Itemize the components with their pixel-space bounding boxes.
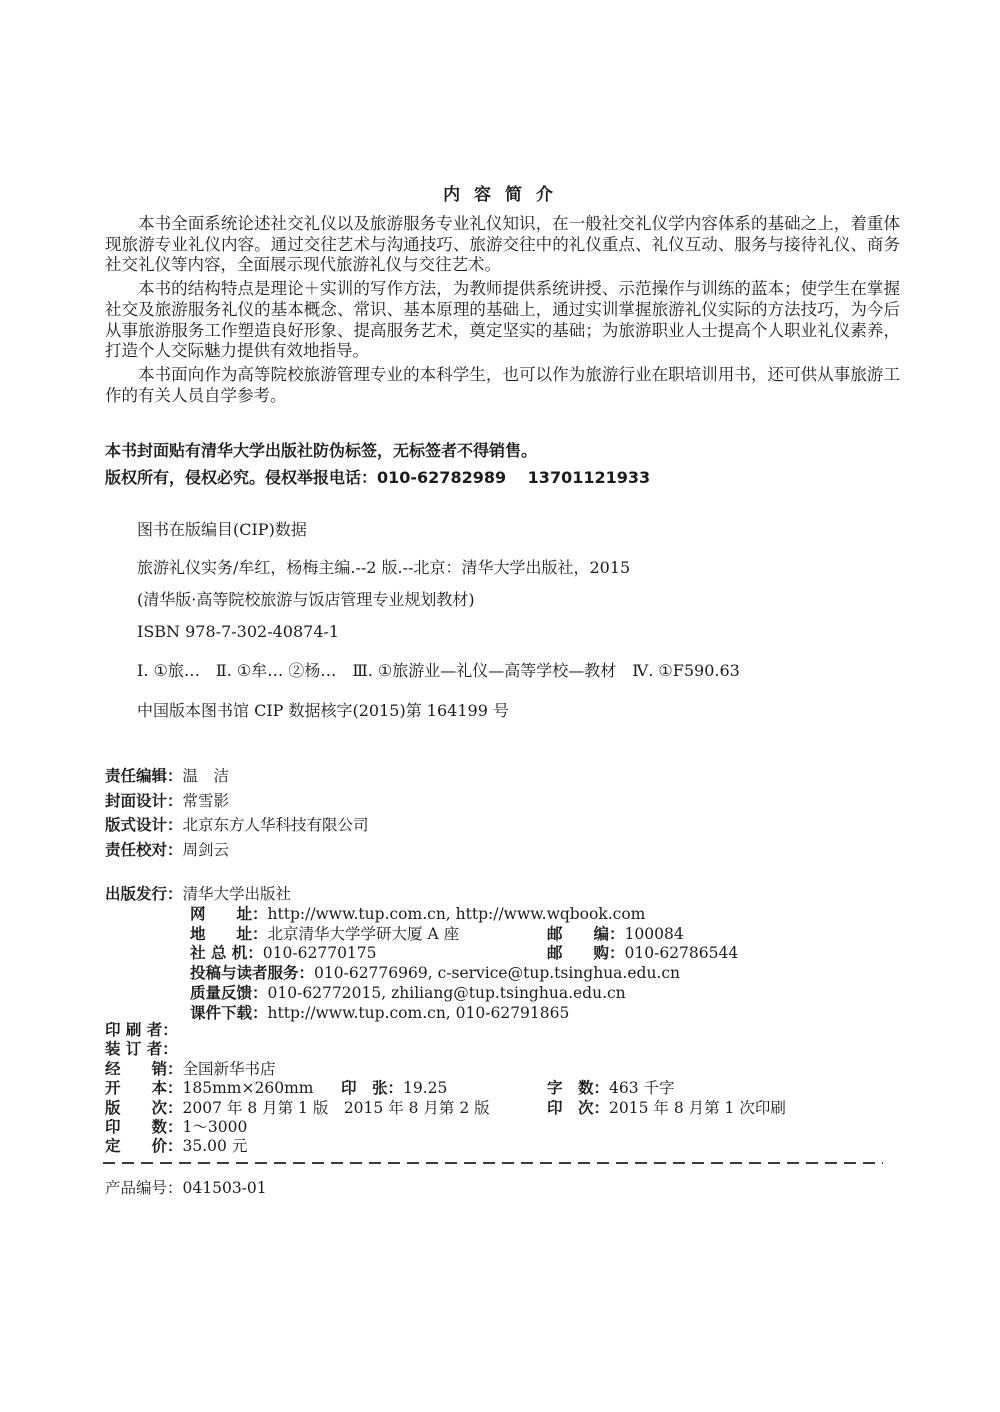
contact-label: 地 址： xyxy=(190,925,268,943)
staff-row: 版式设计：北京东方人华科技有限公司 xyxy=(105,813,369,838)
staff-row: 责任编辑：温 洁 xyxy=(105,764,369,789)
cip-header: 图书在版编目(CIP)数据 xyxy=(137,517,307,540)
printing-label: 定 价： xyxy=(105,1137,183,1155)
printing-value: 463 千字 xyxy=(609,1079,675,1097)
cip-series-line: (清华版·高等院校旅游与饭店管理专业规划教材) xyxy=(137,588,897,611)
printing-info-block: 印 刷 者： 装 订 者： 经 销：全国新华书店 开 本：185mm×260mm… xyxy=(105,1021,900,1157)
product-code-row: 产品编号：041503-01 xyxy=(105,1176,267,1198)
publisher-row: 地 址：北京清华大学学研大厦 A 座 邮 编：100084 xyxy=(190,925,900,945)
printing-row: 经 销：全国新华书店 xyxy=(105,1060,900,1079)
summary-paragraph: 本书的结构特点是理论＋实训的写作方法，为教师提供系统讲授、示范操作与训练的蓝本；… xyxy=(105,279,900,362)
staff-row: 责任校对：周剑云 xyxy=(105,838,369,863)
cip-data-block: 旅游礼仪实务/牟红，杨梅主编.--2 版.--北京：清华大学出版社，2015 (… xyxy=(137,556,897,722)
printing-value: 1～3000 xyxy=(183,1118,248,1136)
contact-value: 100084 xyxy=(625,925,684,943)
printing-mid-column: 印 张：19.25 xyxy=(341,1079,447,1098)
publisher-row: 网 址：http://www.tup.com.cn, http://www.wq… xyxy=(190,905,900,925)
publisher-row: 质量反馈：010-62772015, zhiliang@tup.tsinghua… xyxy=(190,984,900,1004)
publisher-row: 投稿与读者服务：010-62776969, c-service@tup.tsin… xyxy=(190,964,900,984)
contact-value: http://www.tup.com.cn, 010-62791865 xyxy=(268,1004,570,1022)
anti-piracy-notice: 本书封面贴有清华大学出版社防伪标签，无标签者不得销售。 版权所有，侵权必究。侵权… xyxy=(105,438,900,491)
publisher-name: 清华大学出版社 xyxy=(183,885,292,903)
printing-row: 版 次：2007 年 8 月第 1 版 2015 年 8 月第 2 版 印 次：… xyxy=(105,1099,900,1118)
printing-label: 印 数： xyxy=(105,1118,183,1136)
copyright-page: 内 容 简 介 本书全面系统论述社交礼仪以及旅游服务专业礼仪知识，在一般社交礼仪… xyxy=(0,0,1000,1412)
printing-value: 19.25 xyxy=(403,1079,447,1097)
contact-label: 网 址： xyxy=(190,905,268,923)
copyright-hotline-line: 版权所有，侵权必究。侵权举报电话：010-62782989 1370112193… xyxy=(105,465,900,492)
contact-second-column: 邮 购：010-62786544 xyxy=(547,944,738,964)
printing-row: 开 本：185mm×260mm 印 张：19.25 字 数：463 千字 xyxy=(105,1079,900,1098)
staff-role-label: 版式设计： xyxy=(105,816,183,834)
printing-row: 定 价：35.00 元 xyxy=(105,1137,900,1156)
printing-label: 经 销： xyxy=(105,1060,183,1078)
staff-name: 温 洁 xyxy=(183,767,230,785)
staff-name: 周剑云 xyxy=(183,841,230,859)
printing-label: 印 刷 者： xyxy=(105,1021,178,1039)
publisher-block: 出版发行：清华大学出版社 网 址：http://www.tup.com.cn, … xyxy=(105,885,900,1024)
printing-value: 2015 年 8 月第 1 次印刷 xyxy=(609,1099,786,1117)
staff-name: 常雪影 xyxy=(183,792,230,810)
staff-credits: 责任编辑：温 洁 封面设计：常雪影 版式设计：北京东方人华科技有限公司 责任校对… xyxy=(105,764,369,862)
contact-second-column: 邮 编：100084 xyxy=(547,925,684,945)
printing-value: 2007 年 8 月第 1 版 2015 年 8 月第 2 版 xyxy=(183,1099,490,1117)
publisher-row: 社 总 机：010-62770175 邮 购：010-62786544 xyxy=(190,944,900,964)
publisher-contact-rows: 网 址：http://www.tup.com.cn, http://www.wq… xyxy=(105,905,900,1024)
cip-isbn-line: ISBN 978-7-302-40874-1 xyxy=(137,620,897,643)
contact-label: 邮 购： xyxy=(547,944,625,962)
anti-piracy-line: 本书封面贴有清华大学出版社防伪标签，无标签者不得销售。 xyxy=(105,438,900,465)
cip-title-line: 旅游礼仪实务/牟红，杨梅主编.--2 版.--北京：清华大学出版社，2015 xyxy=(137,556,897,579)
contact-label: 社 总 机： xyxy=(190,944,263,962)
printing-value: 35.00 元 xyxy=(183,1137,248,1155)
product-code-value: 041503-01 xyxy=(183,1179,267,1197)
printing-value: 185mm×260mm xyxy=(183,1079,314,1097)
contact-label: 课件下载： xyxy=(190,1004,268,1022)
contact-value: 010-62776969, c-service@tup.tsinghua.edu… xyxy=(314,964,680,982)
contact-value: 北京清华大学学研大厦 A 座 xyxy=(268,925,460,943)
contact-label: 质量反馈： xyxy=(190,984,268,1002)
printing-label: 版 次： xyxy=(105,1099,183,1117)
printing-label: 印 次： xyxy=(547,1099,609,1117)
printing-row: 印 刷 者： xyxy=(105,1021,900,1040)
printing-row: 印 数：1～3000 xyxy=(105,1118,900,1137)
staff-role-label: 责任校对： xyxy=(105,841,183,859)
printing-second-column: 字 数：463 千字 xyxy=(547,1079,675,1098)
contact-value: http://www.tup.com.cn, http://www.wqbook… xyxy=(268,905,646,923)
page-title: 内 容 简 介 xyxy=(0,180,1000,205)
dashed-divider xyxy=(103,1162,883,1164)
summary-paragraph: 本书全面系统论述社交礼仪以及旅游服务专业礼仪知识，在一般社交礼仪学内容体系的基础… xyxy=(105,214,900,276)
printing-value: 全国新华书店 xyxy=(183,1060,276,1078)
summary-paragraph: 本书面向作为高等院校旅游管理专业的本科学生，也可以作为旅游行业在职培训用书，还可… xyxy=(105,365,900,406)
publisher-label: 出版发行： xyxy=(105,885,183,903)
contact-label: 邮 编： xyxy=(547,925,625,943)
printing-label: 开 本： xyxy=(105,1079,183,1097)
content-summary: 本书全面系统论述社交礼仪以及旅游服务专业礼仪知识，在一般社交礼仪学内容体系的基础… xyxy=(105,214,900,406)
product-code-label: 产品编号： xyxy=(105,1179,183,1197)
staff-role-label: 责任编辑： xyxy=(105,767,183,785)
contact-label: 投稿与读者服务： xyxy=(190,964,314,982)
contact-value: 010-62770175 xyxy=(263,944,377,962)
staff-row: 封面设计：常雪影 xyxy=(105,789,369,814)
cip-classification-line: Ⅰ. ①旅… Ⅱ. ①牟… ②杨… Ⅲ. ①旅游业—礼仪—高等学校—教材 Ⅳ. … xyxy=(137,659,897,682)
printing-row: 装 订 者： xyxy=(105,1040,900,1059)
staff-role-label: 封面设计： xyxy=(105,792,183,810)
printing-label: 字 数： xyxy=(547,1079,609,1097)
printing-second-column: 印 次：2015 年 8 月第 1 次印刷 xyxy=(547,1099,786,1118)
contact-value: 010-62772015, zhiliang@tup.tsinghua.edu.… xyxy=(268,984,626,1002)
contact-value: 010-62786544 xyxy=(625,944,739,962)
staff-name: 北京东方人华科技有限公司 xyxy=(183,816,369,834)
printing-label: 装 订 者： xyxy=(105,1040,178,1058)
printing-label: 印 张： xyxy=(341,1079,403,1097)
cip-record-number-line: 中国版本图书馆 CIP 数据核字(2015)第 164199 号 xyxy=(137,699,897,722)
publisher-row: 出版发行：清华大学出版社 xyxy=(105,885,900,905)
